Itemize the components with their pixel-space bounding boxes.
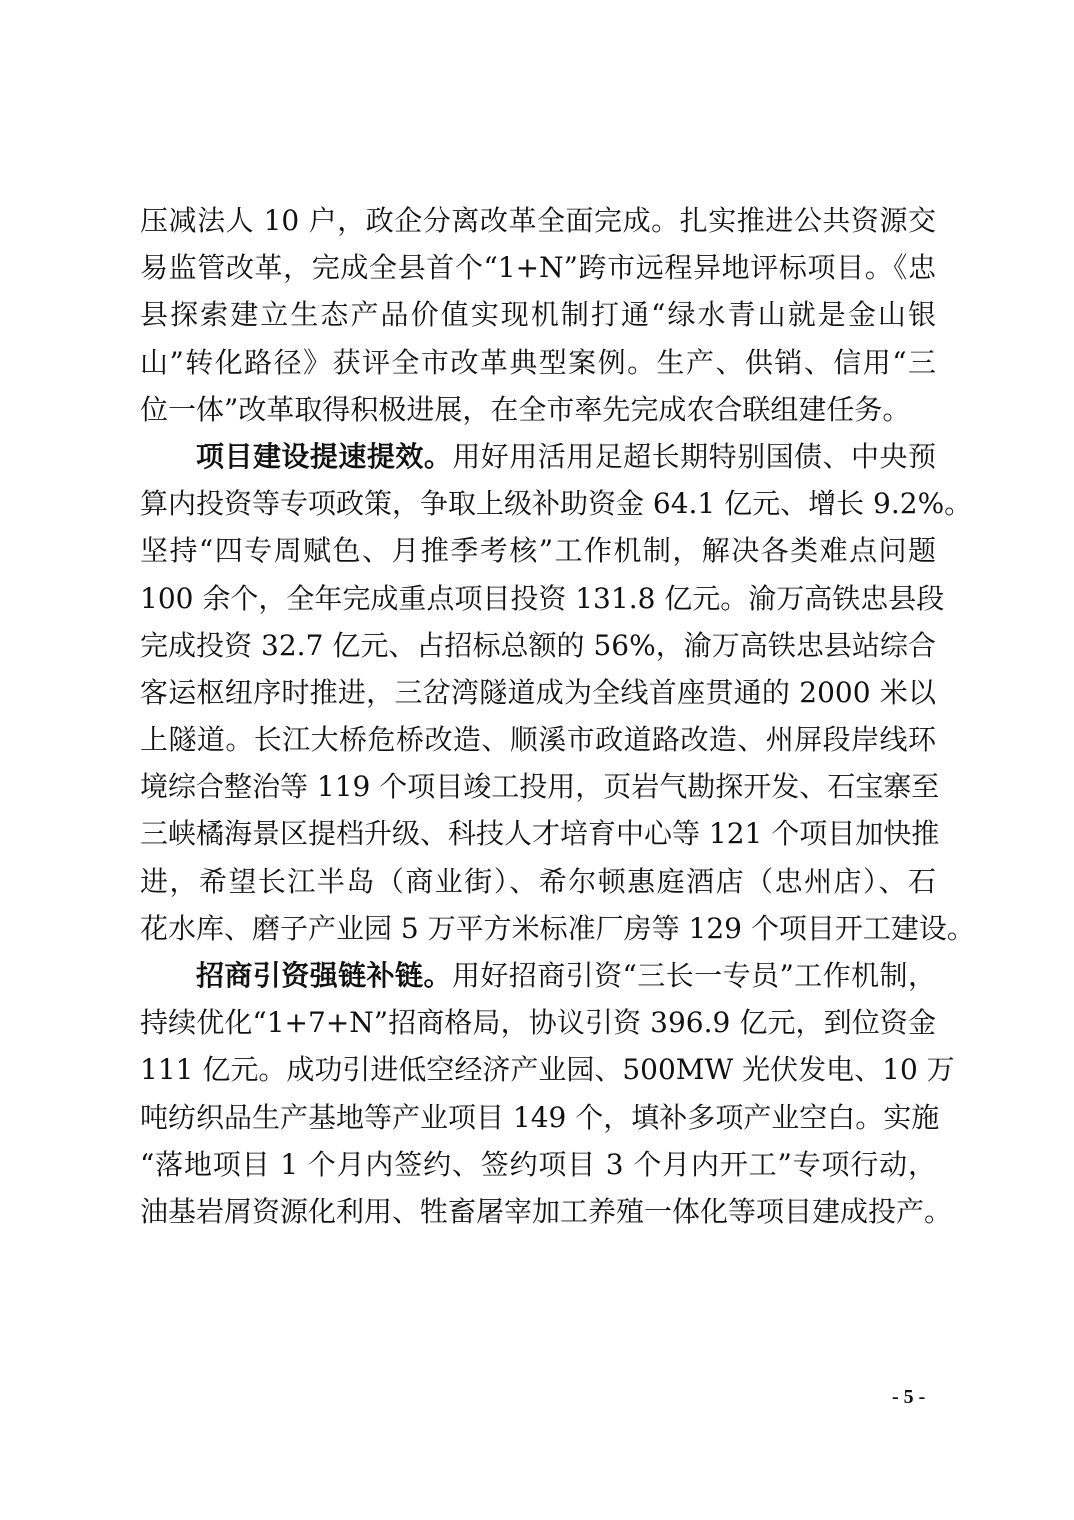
paragraph-line: 100 余个，全年完成重点项目投资 131.8 亿元。渝万高铁忠县段 xyxy=(140,575,936,622)
paragraph-line: 油基岩屑资源化利用、牲畜屠宰加工养殖一体化等项目建成投产。 xyxy=(140,1188,936,1235)
paragraph-line: 境综合整治等 119 个项目竣工投用，页岩气勘探开发、石宝寨至 xyxy=(140,763,936,810)
paragraph-line: 算内投资等专项政策，争取上级补助资金 64.1 亿元、增长 9.2%。 xyxy=(140,480,936,527)
paragraph-line: 客运枢纽序时推进，三岔湾隧道成为全线首座贯通的 2000 米以 xyxy=(140,669,936,716)
page-number: - 5 - xyxy=(892,1386,925,1409)
paragraph-line: 花水库、磨子产业园 5 万平方米标准厂房等 129 个项目开工建设。 xyxy=(140,905,936,952)
paragraph-first-line: 项目建设提速提效。用好用活用足超长期特别国债、中央预 xyxy=(140,433,936,480)
paragraph-line: 吨纺织品生产基地等产业项目 149 个，填补多项产业空白。实施 xyxy=(140,1094,936,1141)
section-heading: 项目建设提速提效。 xyxy=(196,440,452,473)
paragraph-line: 三峡橘海景区提档升级、科技人才培育中心等 121 个项目加快推 xyxy=(140,810,936,857)
paragraph-line: 位一体”改革取得积极进展，在全市率先完成农合联组建任务。 xyxy=(140,386,936,433)
paragraph-line: 县探索建立生态产品价值实现机制打通“绿水青山就是金山银 xyxy=(140,291,936,338)
paragraph-text: 用好招商引资“三长一专员”工作机制， xyxy=(452,959,936,992)
paragraph-text: 用好用活用足超长期特别国债、中央预 xyxy=(452,440,936,473)
body-text: 压减法人 10 户，政企分离改革全面完成。扎实推进公共资源交 易监管改革，完成全… xyxy=(140,197,936,1235)
paragraph-line: 持续优化“1+7+N”招商格局，协议引资 396.9 亿元，到位资金 xyxy=(140,999,936,1046)
paragraph-first-line: 招商引资强链补链。用好招商引资“三长一专员”工作机制， xyxy=(140,952,936,999)
paragraph-line: 坚持“四专周赋色、月推季考核”工作机制，解决各类难点问题 xyxy=(140,527,936,574)
paragraph-line: 111 亿元。成功引进低空经济产业园、500MW 光伏发电、10 万 xyxy=(140,1046,936,1093)
paragraph-line: 上隧道。长江大桥危桥改造、顺溪市政道路改造、州屏段岸线环 xyxy=(140,716,936,763)
document-page: 压减法人 10 户，政企分离改革全面完成。扎实推进公共资源交 易监管改革，完成全… xyxy=(0,0,1074,1520)
paragraph-line: 山”转化路径》获评全市改革典型案例。生产、供销、信用“三 xyxy=(140,339,936,386)
paragraph-line: 进，希望长江半岛（商业街）、希尔顿惠庭酒店（忠州店）、石 xyxy=(140,858,936,905)
paragraph-line: 完成投资 32.7 亿元、占招标总额的 56%，渝万高铁忠县站综合 xyxy=(140,622,936,669)
section-heading: 招商引资强链补链。 xyxy=(196,959,452,992)
paragraph-line: 易监管改革，完成全县首个“1+N”跨市远程异地评标项目。《忠 xyxy=(140,244,936,291)
paragraph-line: “落地项目 1 个月内签约、签约项目 3 个月内开工”专项行动， xyxy=(140,1141,936,1188)
paragraph-line: 压减法人 10 户，政企分离改革全面完成。扎实推进公共资源交 xyxy=(140,197,936,244)
